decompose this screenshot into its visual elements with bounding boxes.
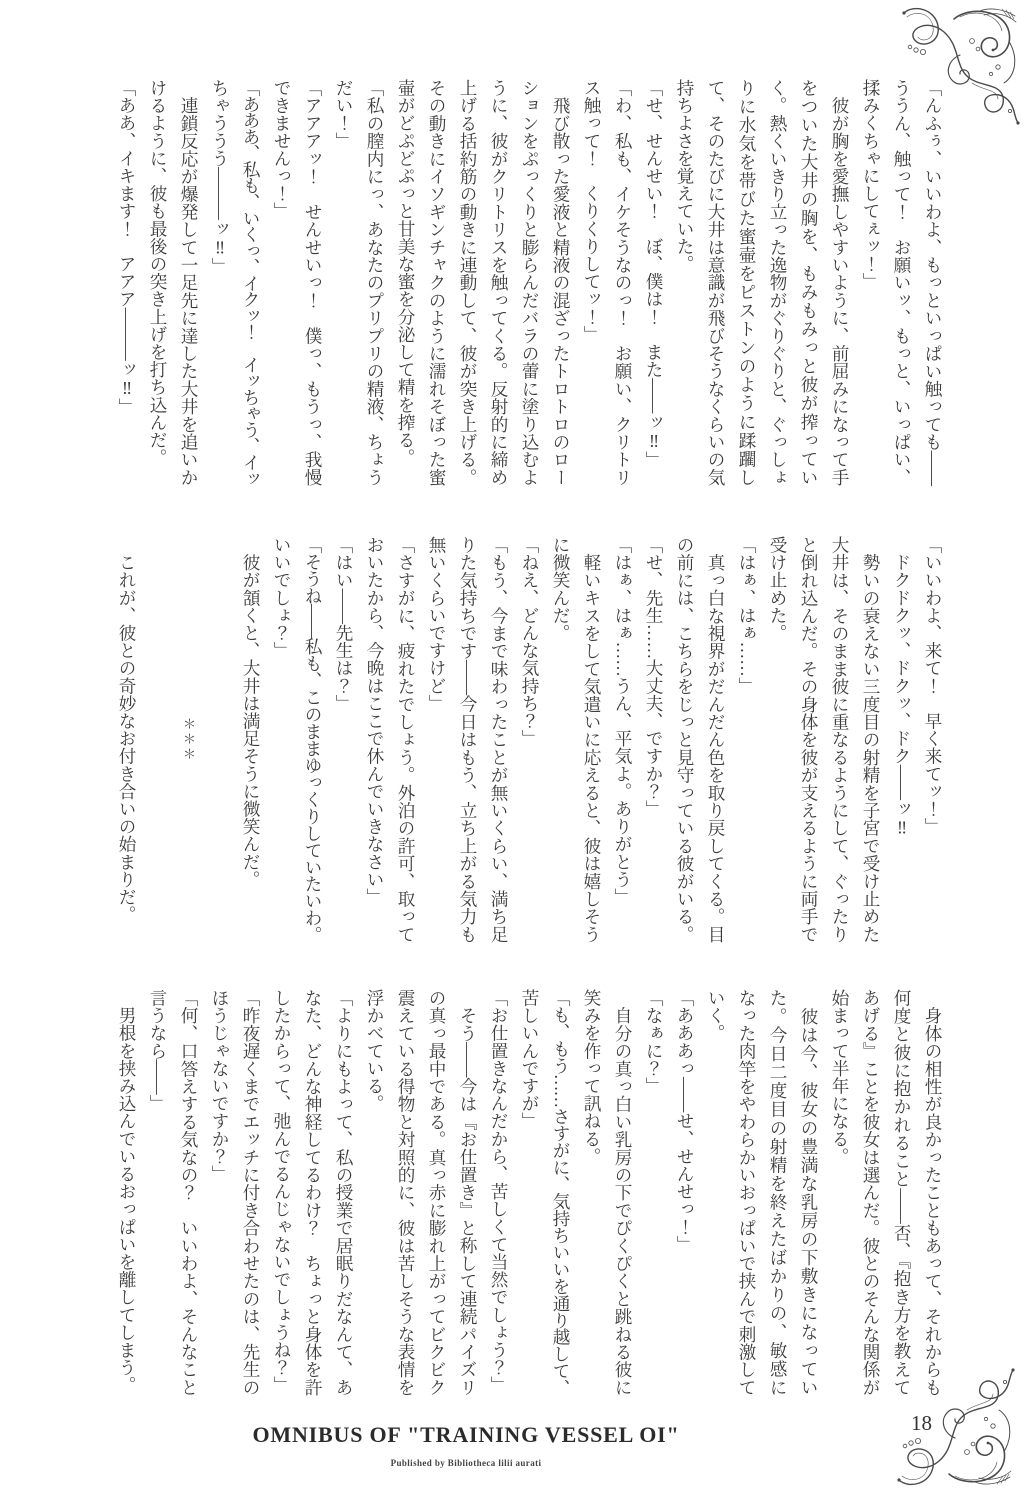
text-column: けるように、彼も最後の突き上げを打ち込んだ。 bbox=[142, 79, 173, 486]
text-column: 受け止めた。 bbox=[762, 536, 793, 943]
text-column: 「そうね――私も、このままゆっくりしていたいわ。 bbox=[297, 536, 328, 943]
text-column: 言うなら――」 bbox=[142, 989, 173, 1396]
text-column: 何度と彼に抱かれること――否、『抱き方を教えて bbox=[886, 989, 917, 1396]
text-column: 始まって半年になる。 bbox=[824, 989, 855, 1396]
publisher-line: Published by Bibliotheca lilii aurati bbox=[0, 1457, 932, 1469]
text-column: に微笑んだ。 bbox=[545, 536, 576, 943]
text-column: 「もう、今まで味わったことが無いくらい、満ち足 bbox=[483, 536, 514, 943]
scene-break-asterisks: ＊＊＊ bbox=[173, 536, 204, 943]
text-column: なた、どんな神経してるわけ？ ちょっと身体を許 bbox=[297, 989, 328, 1396]
text-column: 「アアアッ！ せんせいっ！ 僕っ、もうっ、我慢 bbox=[297, 79, 328, 486]
text-column: の真っ最中である。真っ赤に膨れ上がってビクビク bbox=[421, 989, 452, 1396]
text-column: りた気持ちです――今日はもう、立ち上がる気力も bbox=[452, 536, 483, 943]
text-column: く。熱くいきり立った逸物がぐりぐりと、ぐっしょ bbox=[762, 79, 793, 486]
text-column: 真っ白な視界がだんだん色を取り戻してくる。目 bbox=[700, 536, 731, 943]
text-column: 「も、もう……さすがに、気持ちいいを通り越して、 bbox=[545, 989, 576, 1396]
text-column: ス触って！ くりくりしてッ！」 bbox=[576, 79, 607, 486]
text-column: と倒れ込んだ。その身体を彼が支えるように両手で bbox=[793, 536, 824, 943]
text-column: 「よりにもよって、私の授業で居眠りだなんて、あ bbox=[328, 989, 359, 1396]
text-column: 持ちよさを覚えていた。 bbox=[669, 79, 700, 486]
text-tier-top: 「んふぅ、いいわよ、もっといっぱい触っても―― ううん、触って！ お願いッ、もっ… bbox=[111, 79, 948, 486]
text-column: いいでしょ？」 bbox=[266, 536, 297, 943]
text-column: そう――今は『お仕置き』と称して連続パイズリ bbox=[452, 989, 483, 1396]
text-column: 彼は今、彼女の豊満な乳房の下敷きになってい bbox=[793, 989, 824, 1396]
text-column: いく。 bbox=[700, 989, 731, 1396]
text-column: 「なぁに？」 bbox=[638, 989, 669, 1396]
text-column: おいたから、今晩はここで休んでいきなさい」 bbox=[359, 536, 390, 943]
text-column: 「わ、私も、イケそうなのっ！ お願い、クリトリ bbox=[607, 79, 638, 486]
text-column: た。今日二度目の射精を終えたばかりの、敏感に bbox=[762, 989, 793, 1396]
text-column: 「何、口答えする気なの？ いいわよ、そんなこと bbox=[173, 989, 204, 1396]
text-column: ちゃううう―――ッ‼」 bbox=[204, 79, 235, 486]
text-column: 笑みを作って訊ねる。 bbox=[576, 989, 607, 1396]
text-column: 「お仕置きなんだから、苦しくて当然でしょう？」 bbox=[483, 989, 514, 1396]
text-column: 「あああ、私も、いくっ、イクッ！ イッちゃう、イッ bbox=[235, 79, 266, 486]
book-page: 「んふぅ、いいわよ、もっといっぱい触っても―― ううん、触って！ お願いッ、もっ… bbox=[0, 0, 1025, 1500]
text-column: 男根を挟み込んでいるおっぱいを離してしまう。 bbox=[111, 989, 142, 1396]
text-column: をついた大井の胸を、もみもみっと彼が搾ってい bbox=[793, 79, 824, 486]
text-column: 彼が胸を愛撫しやすいように、前屈みになって手 bbox=[824, 79, 855, 486]
text-column: 「さすがに、疲れたでしょう。外泊の許可、取って bbox=[390, 536, 421, 943]
text-column: 「私の膣内にっ、あなたのプリプリの精液、ちょう bbox=[359, 79, 390, 486]
text-column: 浮かべている。 bbox=[359, 989, 390, 1396]
text-column: 「昨夜遅くまでエッチに付き合わせたのは、先生の bbox=[235, 989, 266, 1396]
text-column: 「はぁ、はぁ……」 bbox=[731, 536, 762, 943]
text-column: 「いいわよ、来て！ 早く来てッ！」 bbox=[917, 536, 948, 943]
text-column: 「んふぅ、いいわよ、もっといっぱい触っても―― bbox=[917, 79, 948, 486]
text-column: の前には、こちらをじっと見守っている彼がいる。 bbox=[669, 536, 700, 943]
text-column: 壷がどぷどぷっと甘美な蜜を分泌して精を搾る。 bbox=[390, 79, 421, 486]
text-column: 揉みくちゃにしてぇッ！」 bbox=[855, 79, 886, 486]
text-tier-bottom: 身体の相性が良かったこともあって、それからも 何度と彼に抱かれること――否、『抱… bbox=[111, 989, 948, 1396]
text-column: 「はい――先生は？」 bbox=[328, 536, 359, 943]
book-title: OMNIBUS OF "TRAINING VESSEL OI" bbox=[0, 1422, 932, 1448]
text-column: 苦しいんですが」 bbox=[514, 989, 545, 1396]
text-column: 「ああ、イキます！ アアア―――ッ‼」 bbox=[111, 79, 142, 486]
text-column: て、そのたびに大井は意識が飛びそうなくらいの気 bbox=[700, 79, 731, 486]
text-column: 「せ、せんせい！ ぼ、僕は！ また――ッ‼」 bbox=[638, 79, 669, 486]
text-column: 身体の相性が良かったこともあって、それからも bbox=[917, 989, 948, 1396]
text-column: 「はぁ、はぁ……うん、平気よ。ありがとう」 bbox=[607, 536, 638, 943]
text-column: したからって、弛んでるんじゃないでしょうね？」 bbox=[266, 989, 297, 1396]
text-column: 震えている得物と対照的に、彼は苦しそうな表情を bbox=[390, 989, 421, 1396]
text-column: ううん、触って！ お願いッ、もっと、いっぱい、 bbox=[886, 79, 917, 486]
text-column: 「せ、先生……大丈夫、ですか？」 bbox=[638, 536, 669, 943]
text-column: 自分の真っ白い乳房の下でぴくぴくと跳ねる彼に bbox=[607, 989, 638, 1396]
text-column: 勢いの衰えない三度目の射精を子宮で受け止めた bbox=[855, 536, 886, 943]
text-column: 飛び散った愛液と精液の混ざったトロトロのロー bbox=[545, 79, 576, 486]
blank-column bbox=[142, 536, 173, 943]
text-column: ションをぷっくりと膨らんだバラの蕾に塗り込むよ bbox=[514, 79, 545, 486]
text-column: ドクドクッ、ドクッ、ドク――ッ‼ bbox=[886, 536, 917, 943]
text-column: あげる』ことを彼女は選んだ。彼とのそんな関係が bbox=[855, 989, 886, 1396]
text-column: これが、彼との奇妙なお付き合いの始まりだ。 bbox=[111, 536, 142, 943]
text-column: だい！」 bbox=[328, 79, 359, 486]
text-column: 「ねえ、どんな気持ち？」 bbox=[514, 536, 545, 943]
text-column: 上げる括約筋の動きに連動して、彼が突き上げる。 bbox=[452, 79, 483, 486]
text-column: りに水気を帯びた蜜壷をピストンのように蹂躙し bbox=[731, 79, 762, 486]
text-column: 連鎖反応が爆発して一足先に達した大井を追いか bbox=[173, 79, 204, 486]
text-column: その動きにイソギンチャクのように濡れそぼった蜜 bbox=[421, 79, 452, 486]
text-tier-middle: 「いいわよ、来て！ 早く来てッ！」 ドクドクッ、ドクッ、ドク――ッ‼ 勢いの衰え… bbox=[111, 536, 948, 943]
text-column: なった肉竿をやわらかいおっぱいで挟んで刺激して bbox=[731, 989, 762, 1396]
text-column: 無いくらいですけど」 bbox=[421, 536, 452, 943]
text-column: ほうじゃないですか？」 bbox=[204, 989, 235, 1396]
text-column: 「あああっ――せ、せんせっ！」 bbox=[669, 989, 700, 1396]
text-column: 軽いキスをして気遣いに応えると、彼は嬉しそう bbox=[576, 536, 607, 943]
text-column: できませんっ！」 bbox=[266, 79, 297, 486]
text-column: うに、彼がクリトリスを触ってくる。反射的に締め bbox=[483, 79, 514, 486]
blank-column bbox=[204, 536, 235, 943]
text-column: 彼が頷くと、大井は満足そうに微笑んだ。 bbox=[235, 536, 266, 943]
text-column: 大井は、そのまま彼に重なるようにして、ぐったり bbox=[824, 536, 855, 943]
